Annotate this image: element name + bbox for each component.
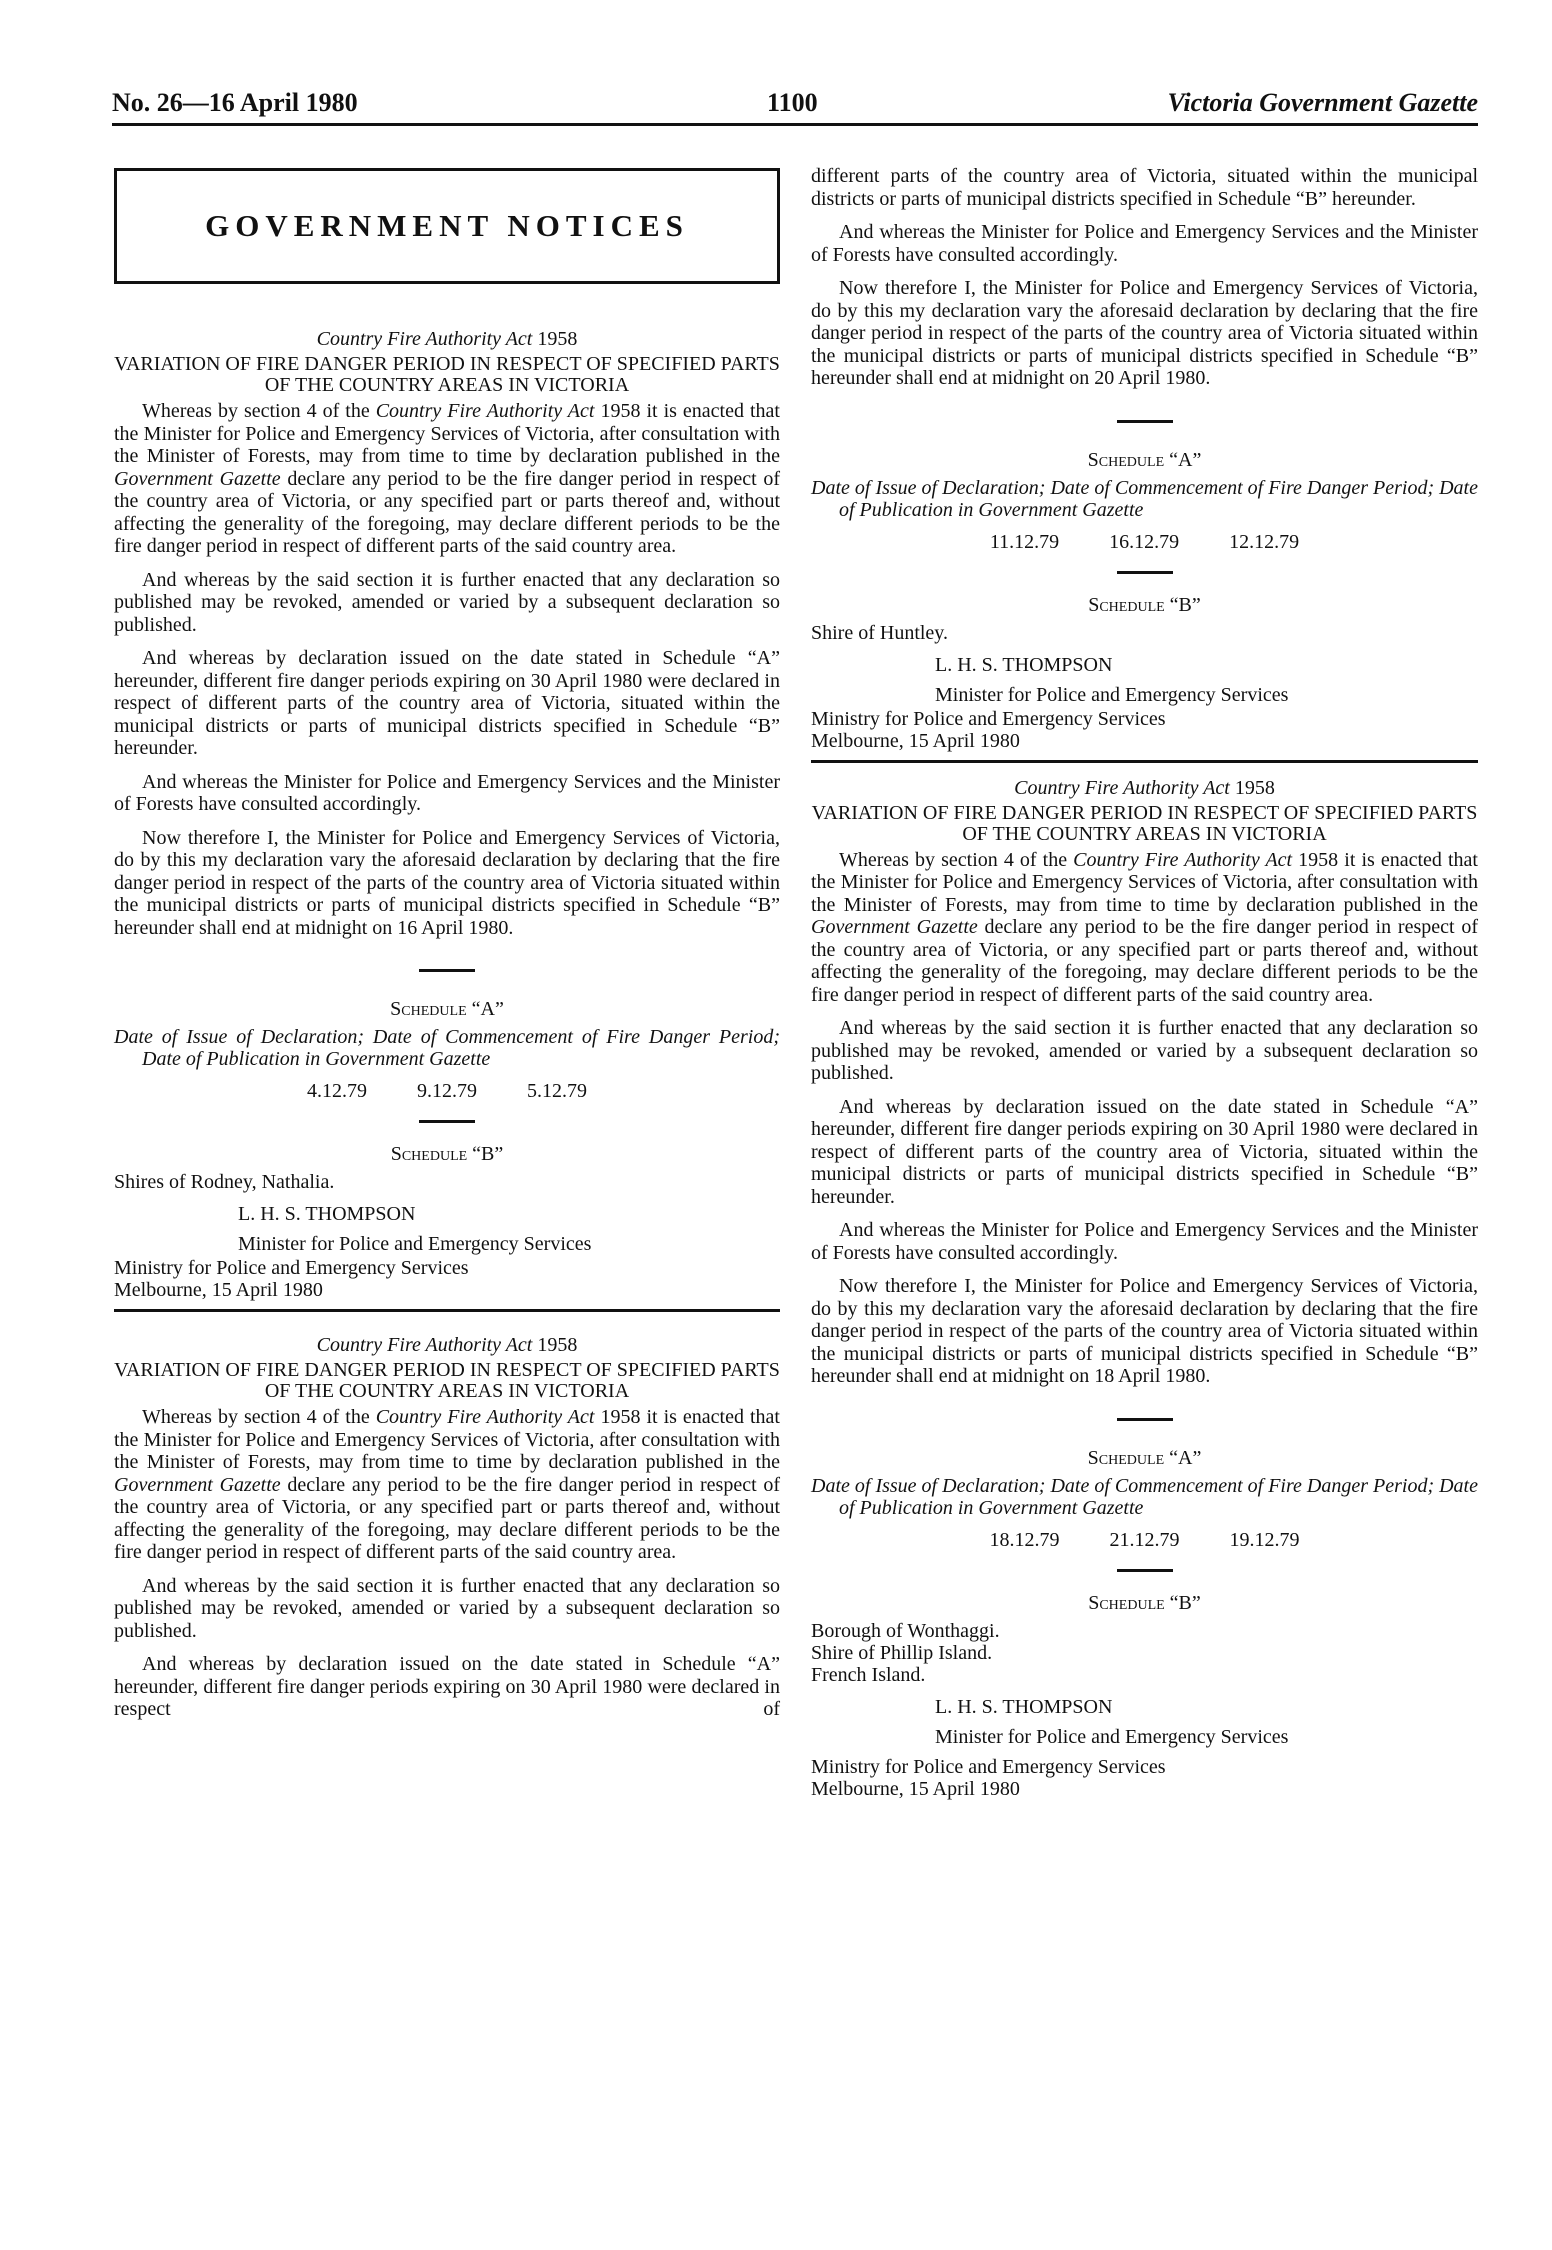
act-reference: Country Fire Authority Act 1958: [114, 1334, 780, 1356]
date-of-issue: 11.12.79: [990, 531, 1059, 553]
signatory-role: Minister for Police and Emergency Servic…: [114, 1233, 780, 1255]
notice-title: VARIATION OF FIRE DANGER PERIOD IN RESPE…: [114, 354, 780, 396]
schedule-a-description: Date of Issue of Declaration; Date of Co…: [811, 477, 1478, 521]
place: Shire of Phillip Island.: [811, 1642, 1478, 1664]
signatory-role: Minister for Police and Emergency Servic…: [811, 684, 1478, 706]
ministry: Ministry for Police and Emergency Servic…: [811, 708, 1478, 730]
ministry: Ministry for Police and Emergency Servic…: [114, 1257, 780, 1279]
date-of-commencement: 16.12.79: [1109, 531, 1179, 553]
notice-title: VARIATION OF FIRE DANGER PERIOD IN RESPE…: [114, 1360, 780, 1402]
schedule-b-places: Borough of Wonthaggi. Shire of Phillip I…: [811, 1620, 1478, 1686]
date-of-publication: 19.12.79: [1230, 1529, 1300, 1551]
act-name: Country Fire Authority Act: [317, 1334, 533, 1356]
divider: [1117, 1418, 1173, 1421]
schedule-b-heading: Schedule “B”: [114, 1143, 780, 1165]
schedule-a-heading: Schedule “A”: [114, 998, 780, 1020]
banner-title: GOVERNMENT NOTICES: [205, 208, 689, 244]
notice-2-continued: different parts of the country area of V…: [811, 165, 1478, 763]
right-column: different parts of the country area of V…: [811, 165, 1478, 1800]
notice-2: Country Fire Authority Act 1958 VARIATIO…: [114, 1334, 780, 1721]
left-column: GOVERNMENT NOTICES Country Fire Authorit…: [114, 160, 780, 1732]
paragraph-2: And whereas by the said section it is fu…: [114, 569, 780, 637]
schedule-b-places: Shire of Huntley.: [811, 622, 1478, 644]
divider: [1117, 571, 1173, 574]
paragraph-1: Whereas by section 4 of the Country Fire…: [811, 849, 1478, 1007]
place: Borough of Wonthaggi.: [811, 1620, 1478, 1642]
page-number: 1100: [767, 88, 818, 118]
place-date: Melbourne, 15 April 1980: [811, 730, 1478, 752]
ministry: Ministry for Police and Emergency Servic…: [811, 1756, 1478, 1778]
divider: [419, 969, 475, 972]
paragraph-5: Now therefore I, the Minister for Police…: [811, 1275, 1478, 1388]
date-of-commencement: 9.12.79: [417, 1080, 477, 1102]
act-year: 1958: [537, 1334, 577, 1356]
paragraph-4: And whereas the Minister for Police and …: [811, 221, 1478, 266]
paragraph-3-start: And whereas by declaration issued on the…: [114, 1653, 780, 1721]
notice-title: VARIATION OF FIRE DANGER PERIOD IN RESPE…: [811, 803, 1478, 845]
act-year: 1958: [537, 328, 577, 350]
schedule-b-heading: Schedule “B”: [811, 1592, 1478, 1614]
date-of-commencement: 21.12.79: [1110, 1529, 1180, 1551]
paragraph-3-end: different parts of the country area of V…: [811, 165, 1478, 210]
notice-3: Country Fire Authority Act 1958 VARIATIO…: [811, 777, 1478, 1800]
schedule-a-description: Date of Issue of Declaration; Date of Co…: [114, 1026, 780, 1070]
divider: [1117, 420, 1173, 423]
divider: [1117, 1569, 1173, 1572]
signatory-name: L. H. S. THOMPSON: [811, 654, 1478, 676]
divider: [419, 1120, 475, 1123]
paragraph-1: Whereas by section 4 of the Country Fire…: [114, 400, 780, 558]
schedule-a-dates: 11.12.79 16.12.79 12.12.79: [811, 531, 1478, 553]
date-of-publication: 5.12.79: [527, 1080, 587, 1102]
section-rule: [811, 760, 1478, 763]
signatory-role: Minister for Police and Emergency Servic…: [811, 1726, 1478, 1748]
act-name: Country Fire Authority Act: [317, 328, 533, 350]
act-year: 1958: [1235, 777, 1275, 799]
schedule-a-description: Date of Issue of Declaration; Date of Co…: [811, 1475, 1478, 1519]
signatory-name: L. H. S. THOMPSON: [114, 1203, 780, 1225]
act-name: Country Fire Authority Act: [1014, 777, 1230, 799]
publication-title: Victoria Government Gazette: [1167, 88, 1478, 118]
header-rule: [112, 123, 1478, 126]
paragraph-5: Now therefore I, the Minister for Police…: [114, 827, 780, 940]
date-of-issue: 18.12.79: [990, 1529, 1060, 1551]
place: French Island.: [811, 1664, 1478, 1686]
date-of-issue: 4.12.79: [307, 1080, 367, 1102]
paragraph-4: And whereas the Minister for Police and …: [811, 1219, 1478, 1264]
page-header: No. 26—16 April 1980 1100 Victoria Gover…: [112, 88, 1478, 118]
schedule-a-dates: 18.12.79 21.12.79 19.12.79: [811, 1529, 1478, 1551]
paragraph-3: And whereas by declaration issued on the…: [811, 1096, 1478, 1209]
paragraph-2: And whereas by the said section it is fu…: [114, 1575, 780, 1643]
schedule-b-heading: Schedule “B”: [811, 594, 1478, 616]
paragraph-4: And whereas the Minister for Police and …: [114, 771, 780, 816]
place: Shire of Huntley.: [811, 622, 1478, 644]
paragraph-2: And whereas by the said section it is fu…: [811, 1017, 1478, 1085]
schedule-b-places: Shires of Rodney, Nathalia.: [114, 1171, 780, 1193]
issue-number: No. 26—16 April 1980: [112, 88, 358, 118]
schedule-a-dates: 4.12.79 9.12.79 5.12.79: [114, 1080, 780, 1102]
paragraph-1: Whereas by section 4 of the Country Fire…: [114, 1406, 780, 1564]
place: Shires of Rodney, Nathalia.: [114, 1171, 780, 1193]
notice-1: Country Fire Authority Act 1958 VARIATIO…: [114, 328, 780, 1312]
schedule-a-heading: Schedule “A”: [811, 449, 1478, 471]
government-notices-banner: GOVERNMENT NOTICES: [114, 168, 780, 284]
place-date: Melbourne, 15 April 1980: [811, 1778, 1478, 1800]
place-date: Melbourne, 15 April 1980: [114, 1279, 780, 1301]
date-of-publication: 12.12.79: [1229, 531, 1299, 553]
paragraph-3: And whereas by declaration issued on the…: [114, 647, 780, 760]
schedule-a-heading: Schedule “A”: [811, 1447, 1478, 1469]
act-reference: Country Fire Authority Act 1958: [114, 328, 780, 350]
act-reference: Country Fire Authority Act 1958: [811, 777, 1478, 799]
signatory-name: L. H. S. THOMPSON: [811, 1696, 1478, 1718]
paragraph-5: Now therefore I, the Minister for Police…: [811, 277, 1478, 390]
section-rule: [114, 1309, 780, 1312]
